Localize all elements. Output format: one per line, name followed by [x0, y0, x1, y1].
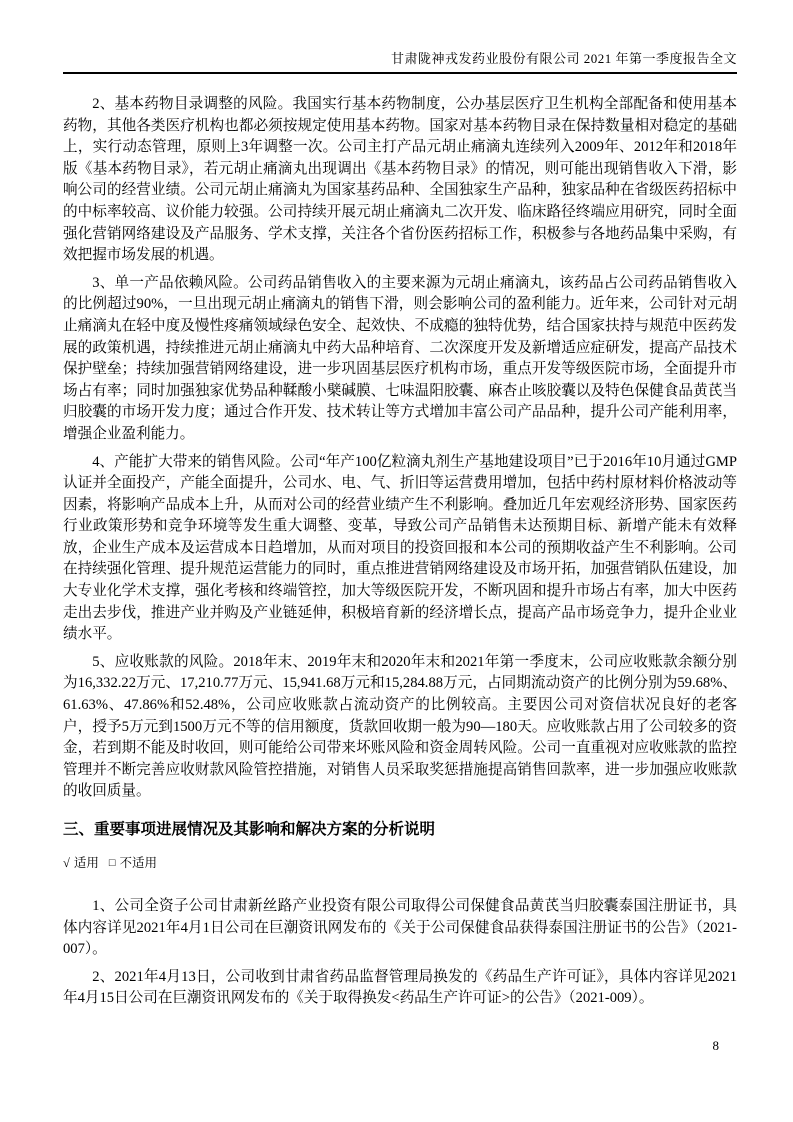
document-page: 甘肃陇神戎发药业股份有限公司 2021 年第一季度报告全文 2、基本药物目录调整… — [0, 0, 793, 1122]
risk-paragraph-accounts-receivable: 5、应收账款的风险。2018年末、2019年末和2020年末和2021年第一季度… — [63, 652, 737, 803]
risk-paragraph-basic-drug-list: 2、基本药物目录调整的风险。我国实行基本药物制度，公办基层医疗卫生机构全部配备和… — [63, 94, 737, 267]
checkbox-icon: □ — [109, 855, 116, 872]
section-heading: 三、重要事项进展情况及其影响和解决方案的分析说明 — [63, 819, 737, 841]
check-icon: √ — [63, 855, 70, 872]
progress-paragraph-drug-production-license: 2、2021年4月13日，公司收到甘肃省药品监督管理局换发的《药品生产许可证》，… — [63, 967, 737, 1010]
applicability-line: √适用□不适用 — [63, 855, 737, 872]
progress-paragraph-thailand-certificate: 1、公司全资子公司甘肃新丝路产业投资有限公司取得公司保健食品黄芪当归胶囊泰国注册… — [63, 896, 737, 961]
risk-paragraph-single-product: 3、单一产品依赖风险。公司药品销售收入的主要来源为元胡止痛滴丸，该药品占公司药品… — [63, 273, 737, 446]
risk-paragraph-capacity-expansion: 4、产能扩大带来的销售风险。公司“年产100亿粒滴丸剂生产基地建设项目”已于20… — [63, 452, 737, 646]
document-body: 2、基本药物目录调整的风险。我国实行基本药物制度，公办基层医疗卫生机构全部配备和… — [63, 94, 737, 1010]
not-applicable-label: 不适用 — [120, 855, 158, 872]
page-number: 8 — [713, 1038, 720, 1054]
applicable-label: 适用 — [74, 855, 99, 872]
page-header: 甘肃陇神戎发药业股份有限公司 2021 年第一季度报告全文 — [63, 50, 737, 74]
header-title: 甘肃陇神戎发药业股份有限公司 2021 年第一季度报告全文 — [63, 50, 737, 67]
